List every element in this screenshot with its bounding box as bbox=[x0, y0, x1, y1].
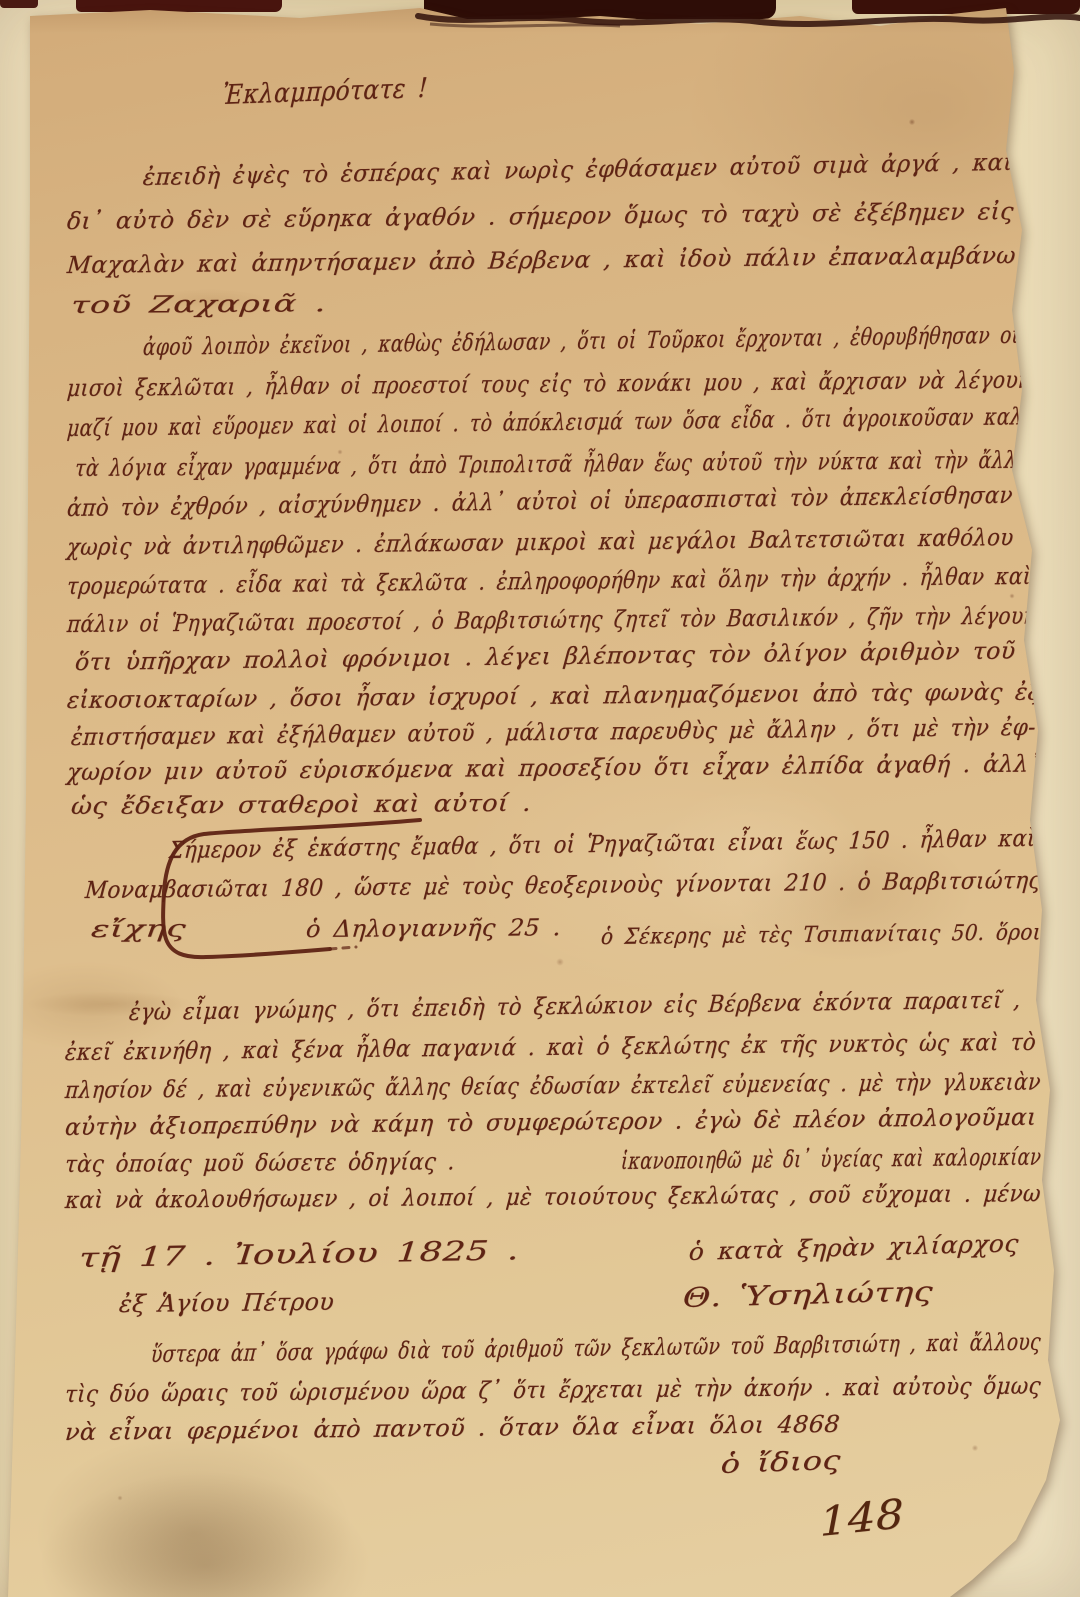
para1-line3: Μαχαλὰν καὶ ἀπηντήσαμεν ἀπὸ Βέρβενα , κα… bbox=[66, 241, 1017, 279]
para2-line10: εἰκοσιοκταρίων , ὅσοι ἦσαν ἰσχυροί , καὶ… bbox=[66, 677, 1042, 714]
para1-line2: δι᾽ αὐτὸ δὲν σὲ εὕρηκα ἀγαθόν . σήμερον … bbox=[66, 197, 1015, 235]
para3-line3: πλησίον δέ , καὶ εὐγενικῶς ἄλλης θείας ἐ… bbox=[64, 1067, 1042, 1104]
para2-line6: χωρὶς νὰ ἀντιληφθῶμεν . ἐπλάκωσαν μικροὶ… bbox=[66, 523, 1015, 561]
postscript-signature: ὁ ἴδιος bbox=[720, 1446, 842, 1480]
para2-line2: μισοὶ ξεκλῶται , ἦλθαν οἱ προεστοί τους … bbox=[66, 366, 1032, 402]
para1-line1: ἐπειδὴ ἐψὲς τὸ ἑσπέρας καὶ νωρὶς ἐφθάσαμ… bbox=[142, 148, 1014, 191]
signature-title: ὁ κατὰ ξηρὰν χιλίαρχος bbox=[688, 1229, 1020, 1266]
para2-line3: μαζί μου καὶ εὕρομεν καὶ οἱ λοιποί . τὸ … bbox=[66, 402, 1037, 442]
page-number: 148 bbox=[819, 1491, 904, 1546]
signature-name: Θ. Ὑσηλιώτης bbox=[682, 1276, 934, 1314]
para2-line4: τὰ λόγια εἶχαν γραμμένα , ὅτι ἀπὸ Τριπολ… bbox=[74, 446, 1042, 482]
para2-line8: πάλιν οἱ Ῥηγαζιῶται προεστοί , ὁ Βαρβιτσ… bbox=[66, 602, 1037, 638]
para3-line1: ἐγὼ εἶμαι γνώμης , ὅτι ἐπειδὴ τὸ ξεκλώκι… bbox=[128, 986, 1022, 1026]
troop-numbers-line3c: ὁ Σέκερης μὲ τὲς Τσιπιανίταις 50. ὅροι bbox=[600, 920, 1042, 950]
manuscript-paper: Ἐκλαμπρότατε !ἐπειδὴ ἐψὲς τὸ ἑσπέρας καὶ… bbox=[0, 0, 1080, 1597]
place-line: ἐξ Ἁγίου Πέτρου bbox=[118, 1288, 335, 1318]
paper-shadow-wrap: Ἐκλαμπρότατε !ἐπειδὴ ἐψὲς τὸ ἑσπέρας καὶ… bbox=[0, 0, 1080, 1597]
manuscript-text: Ἐκλαμπρότατε !ἐπειδὴ ἐψὲς τὸ ἑσπέρας καὶ… bbox=[0, 0, 1080, 1597]
para3-line4: αὐτὴν ἀξιοπρεπύθην νὰ κάμη τὸ συμφερώτερ… bbox=[64, 1103, 1038, 1141]
para3-line5a: τὰς ὁποίας μοῦ δώσετε ὁδηγίας . bbox=[64, 1147, 456, 1178]
para2-line9: ὅτι ὑπῆρχαν πολλοὶ φρόνιμοι . λέγει βλέπ… bbox=[74, 636, 1017, 676]
para2-line11: ἐπιστήσαμεν καὶ ἐξήλθαμεν αὐτοῦ , μάλιστ… bbox=[70, 713, 1037, 751]
postscript-line1: ὕστερα ἀπ᾽ ὅσα γράφω διὰ τοῦ ἀριθμοῦ τῶν… bbox=[150, 1328, 1042, 1368]
postscript-line3: νὰ εἶναι φερμένοι ἀπὸ παντοῦ . ὅταν ὅλα … bbox=[64, 1410, 841, 1446]
date-line: τῇ 17 . Ἰουλίου 1825 . bbox=[78, 1235, 520, 1274]
para2-line5: ἀπὸ τὸν ἐχθρόν , αἰσχύνθημεν . ἀλλ᾽ αὐτο… bbox=[66, 481, 1014, 522]
para1-line4: τοῦ Ζαχαριᾶ . bbox=[70, 289, 327, 319]
margin-bracket bbox=[78, 806, 428, 971]
para2-line12: χωρίον μιν αὐτοῦ εὑρισκόμενα καὶ προσεξί… bbox=[66, 749, 1042, 786]
para3-line5b: ἱκανοποιηθῶ μὲ δι᾽ ὑγείας καὶ καλορικίαν bbox=[620, 1143, 1042, 1175]
para2-line1: ἀφοῦ λοιπὸν ἐκεῖνοι , καθὼς ἐδήλωσαν , ὅ… bbox=[142, 321, 1020, 361]
postscript-line2: τὶς δύο ὥραις τοῦ ὡρισμένου ὥρα ζ᾽ ὅτι ἔ… bbox=[64, 1371, 1042, 1408]
para2-line7: τρομερώτατα . εἶδα καὶ τὰ ξεκλῶτα . ἐπλη… bbox=[66, 562, 1032, 600]
para3-line2: ἐκεῖ ἐκινήθη , καὶ ξένα ἦλθα παγανιά . κ… bbox=[64, 1028, 1037, 1066]
manuscript-photograph: Ἐκλαμπρότατε !ἐπειδὴ ἐψὲς τὸ ἑσπέρας καὶ… bbox=[0, 0, 1080, 1597]
salutation: Ἐκλαμπρότατε ! bbox=[222, 73, 428, 111]
para3-line6: καὶ νὰ ἀκολουθήσωμεν , οἱ λοιποί , μὲ το… bbox=[64, 1179, 1042, 1214]
